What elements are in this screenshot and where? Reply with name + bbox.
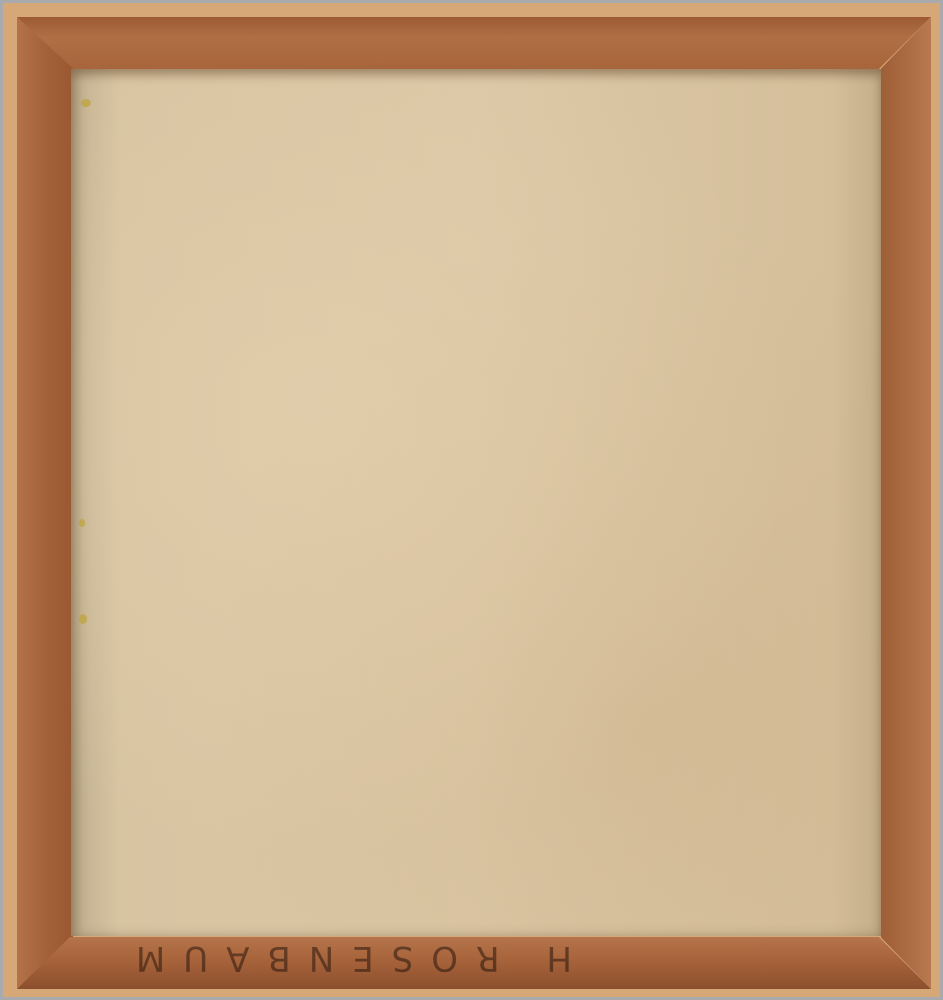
outer-metal-frame: H ROSENBAUM (0, 0, 943, 1000)
stretcher-bar-top (17, 17, 931, 69)
pencil-inscription: H ROSENBAUM (85, 937, 605, 979)
canvas-back (71, 69, 881, 936)
stretcher-bar-right (881, 17, 931, 989)
paint-stain (79, 614, 87, 624)
paint-stain (79, 519, 85, 527)
stretcher-bar-left (17, 17, 73, 989)
paint-stain (81, 99, 91, 107)
